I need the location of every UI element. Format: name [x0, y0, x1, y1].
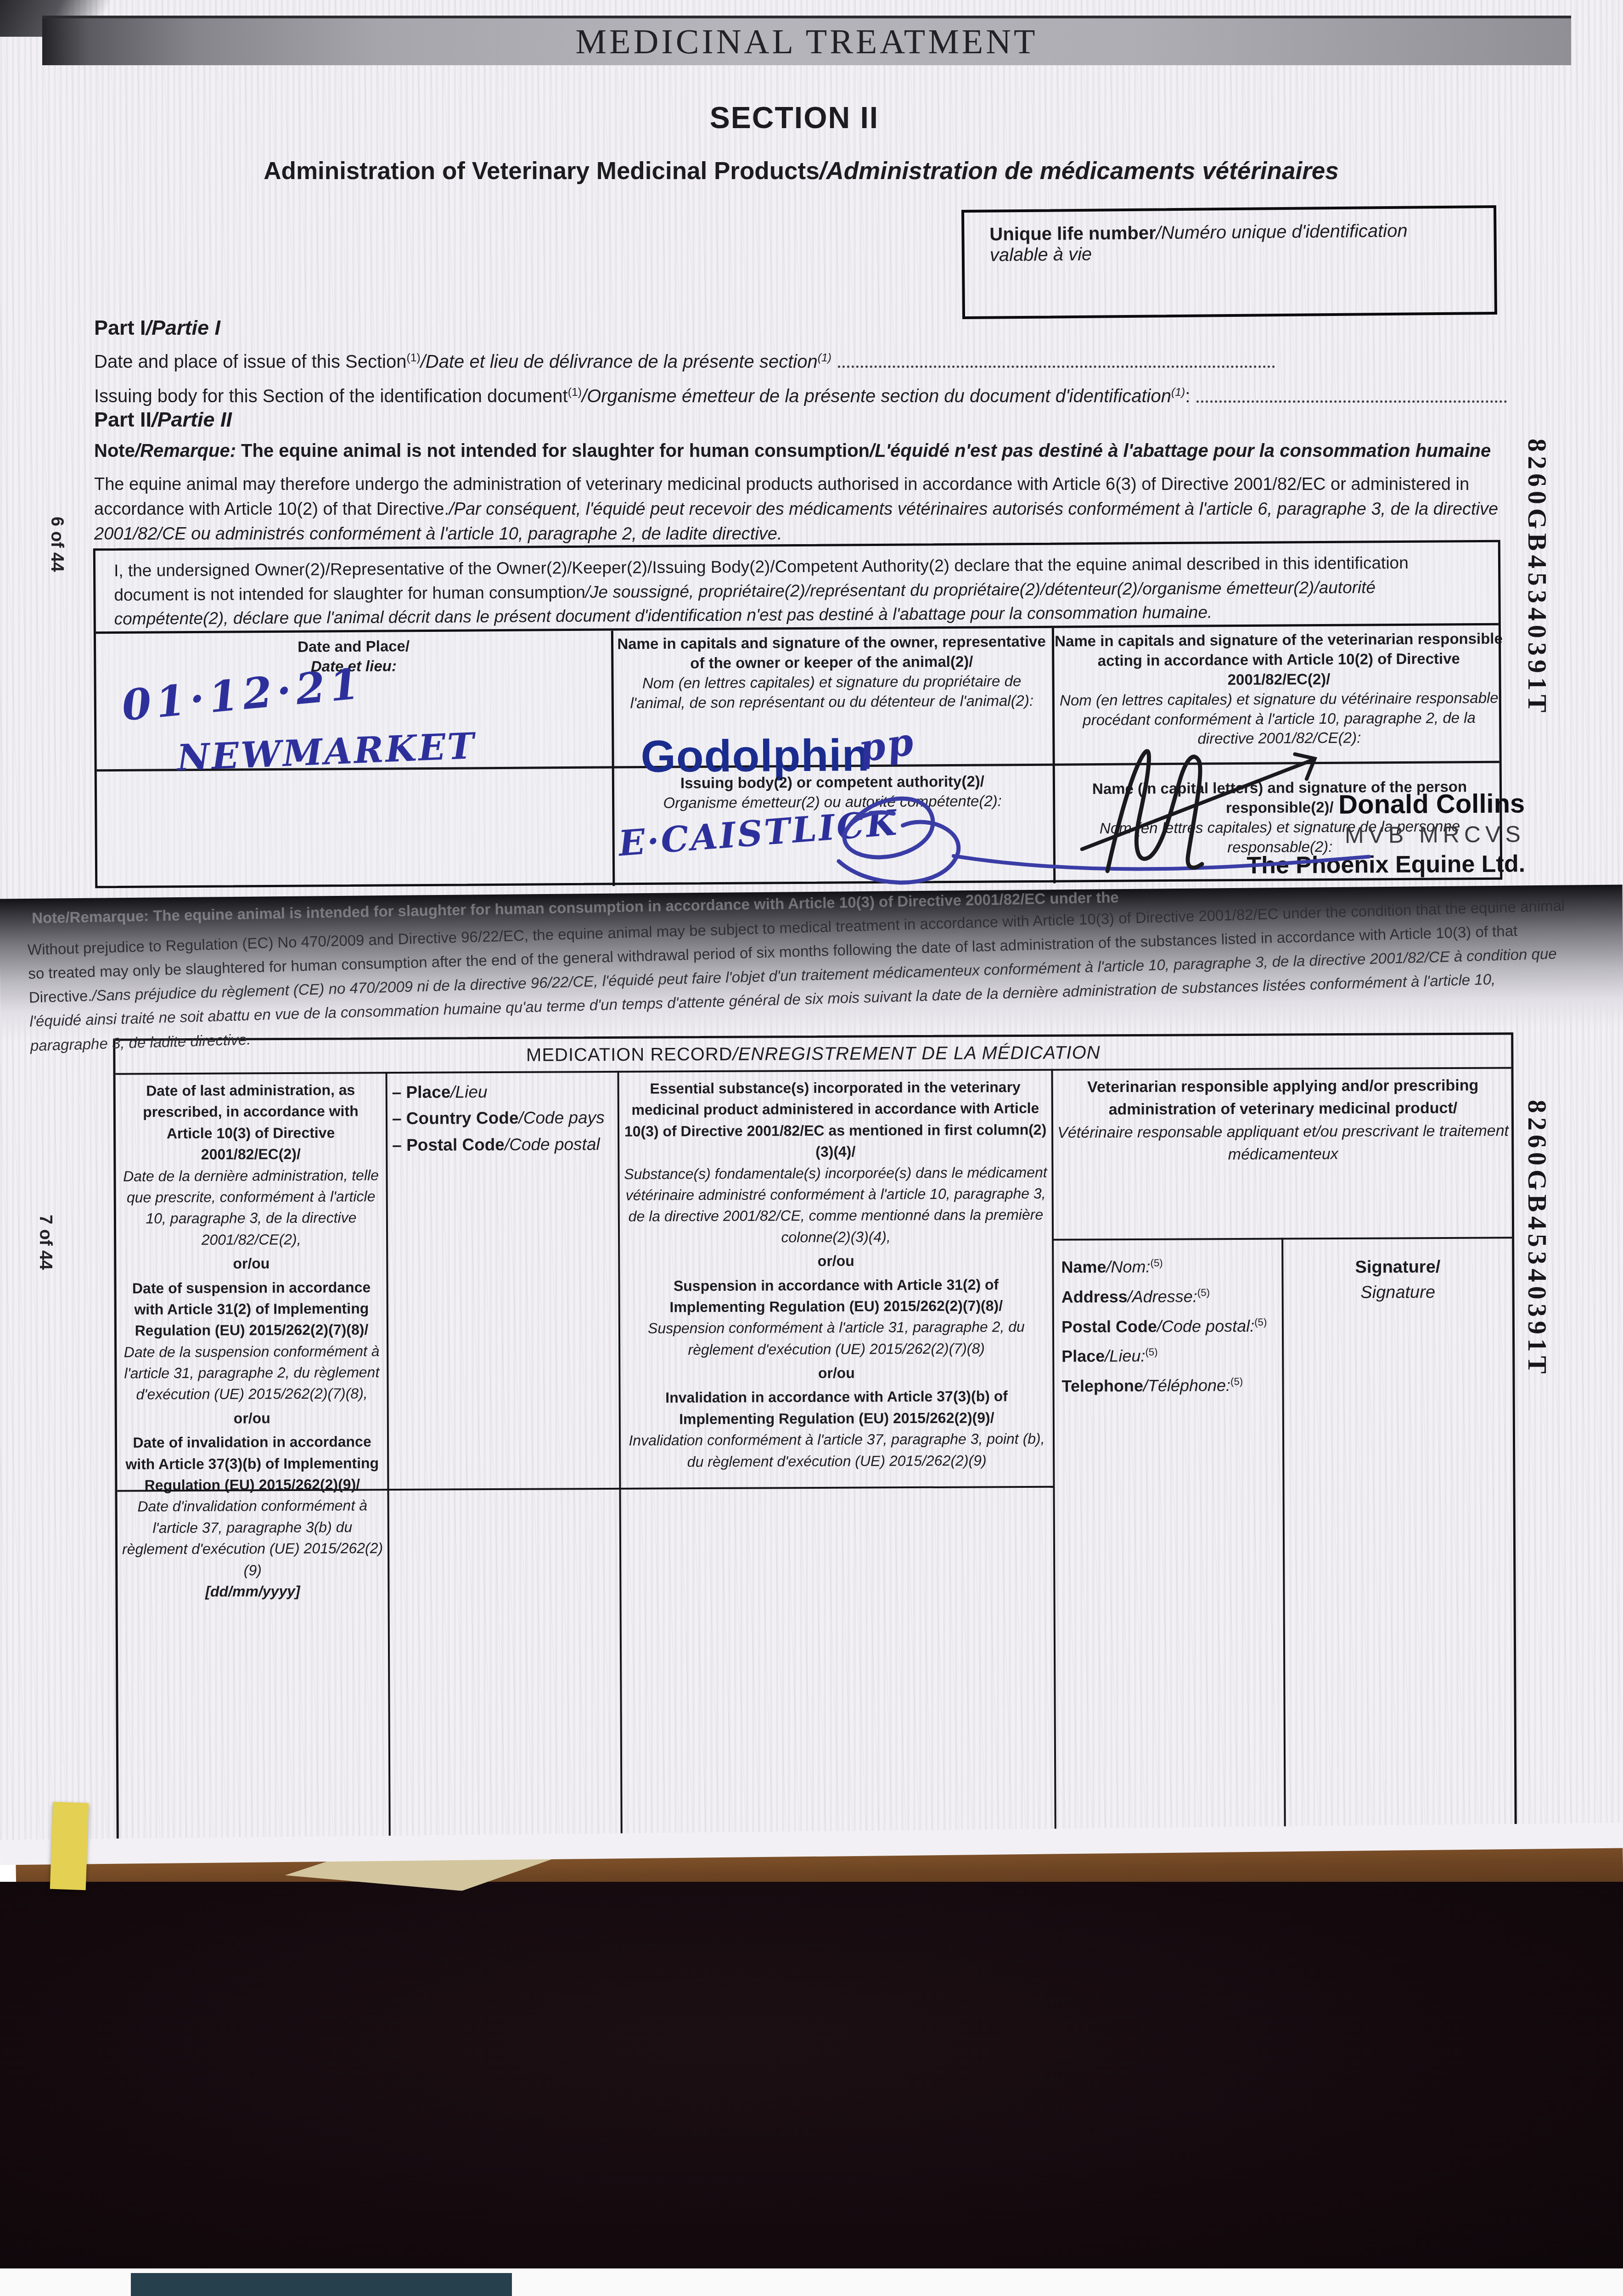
- medication-empty-cell: [1284, 1486, 1514, 1835]
- uln-label-en: Unique life number: [989, 223, 1156, 244]
- dotted-fill-line: [1196, 400, 1507, 403]
- medication-record-table: MEDICATION RECORD/ENREGISTREMENT DE LA M…: [113, 1032, 1517, 1842]
- subtitle-fr: /Administration de médicaments vétérinai…: [820, 158, 1339, 185]
- header-band: MEDICINAL TREATMENT: [42, 16, 1571, 65]
- vet-signature-header: Name in capitals and signature of the ve…: [1054, 629, 1504, 750]
- medication-empty-cell: [621, 1488, 1054, 1838]
- dark-background: [0, 1882, 1623, 2274]
- section-heading: SECTION II: [0, 100, 1589, 135]
- issuing-body-line: Issuing body for this Section of the ide…: [94, 386, 1511, 407]
- owner-signature-header: Name in capitals and signature of the ow…: [613, 632, 1050, 713]
- part-2-heading-fr: /Partie II: [152, 408, 232, 431]
- handwritten-pp: pp: [856, 719, 918, 771]
- document-title: MEDICINAL TREATMENT: [576, 22, 1038, 62]
- declaration-text: I, the undersigned Owner(2)/Representati…: [95, 542, 1499, 634]
- col-place-header: – Place/Lieu – Country Code/Code pays – …: [392, 1078, 613, 1158]
- declaration-signature-grid: Date and Place/ Date et lieu: 01·12·21 N…: [96, 625, 1500, 889]
- part-2-heading: Part II/Partie II: [94, 408, 1536, 432]
- handwritten-place: NEWMARKET: [176, 725, 477, 779]
- part-1-heading-fr: /Partie I: [146, 316, 221, 339]
- subtitle-en: Administration of Veterinary Medicinal P…: [264, 158, 819, 185]
- page-number-bottom: 7 of 44: [35, 1215, 55, 1270]
- passport-code-bottom: 8260GB45340391T: [1522, 1100, 1553, 1378]
- vet-contact-fields: Name/Nom:(5) Address/Adresse:(5) Postal …: [1061, 1252, 1267, 1401]
- page-number-top: 6 of 44: [47, 517, 67, 572]
- part-1-heading-en: Part I: [94, 316, 146, 339]
- medication-empty-cell: [118, 1491, 389, 1840]
- date-place-issue-label: Date and place of issue of this Section(…: [94, 352, 831, 372]
- teal-object-edge: [131, 2273, 512, 2296]
- date-place-issue-line: Date and place of issue of this Section(…: [94, 352, 1279, 372]
- page-fold-band: Note/Remarque: The equine animal is inte…: [0, 885, 1623, 1041]
- part-1: Part I/Partie I Date and place of issue …: [94, 316, 1511, 421]
- issuing-body-label: Issuing body for this Section of the ide…: [94, 386, 1190, 407]
- yellow-sticky-tab: [50, 1802, 89, 1891]
- medication-empty-cell: [389, 1490, 620, 1839]
- passport-code-top: 8260GB45340391T: [1522, 439, 1553, 717]
- part-2-body: The equine animal may therefore undergo …: [94, 473, 1536, 547]
- part-2-note: Note/Remarque: The equine animal is not …: [94, 441, 1536, 461]
- unique-life-number-box: Unique life number/Numéro unique d'ident…: [961, 205, 1497, 319]
- dotted-fill-line: [838, 365, 1275, 368]
- part-2: Part II/Partie II Note/Remarque: The equ…: [94, 408, 1536, 547]
- part-1-heading: Part I/Partie I: [94, 316, 1511, 340]
- part-2-heading-en: Part II: [94, 408, 152, 431]
- declaration-box: I, the undersigned Owner(2)/Representati…: [93, 540, 1502, 889]
- col-veterinarian-header: Veterinarian responsible applying and/or…: [1057, 1074, 1510, 1166]
- medication-empty-cell: [1055, 1487, 1284, 1836]
- vet-signature: [1063, 732, 1385, 885]
- col-essential-substances-header: Essential substance(s) incorporated in t…: [623, 1076, 1050, 1473]
- vet-signature-column-header: Signature/ Signature: [1283, 1254, 1512, 1306]
- section-subtitle: Administration of Veterinary Medicinal P…: [0, 157, 1602, 185]
